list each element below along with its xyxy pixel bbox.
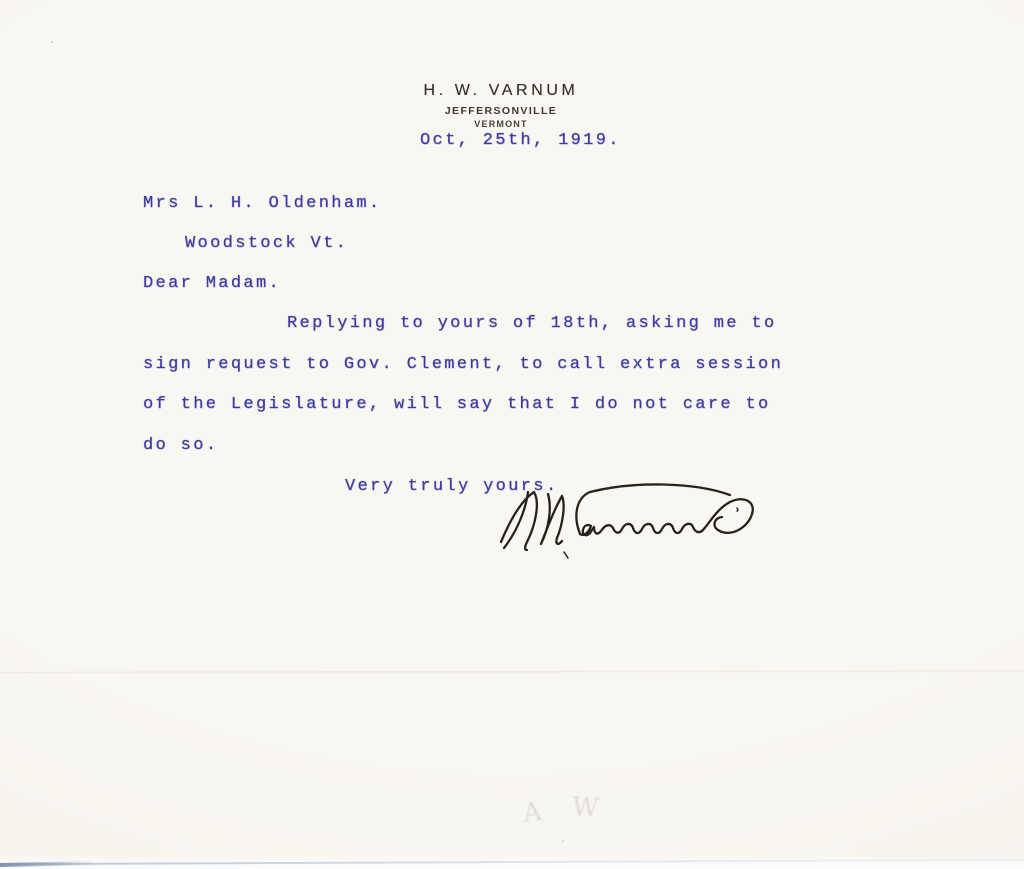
date-line: Oct, 25th, 1919. (420, 131, 621, 151)
body-line: Replying to yours of 18th, asking me to (287, 314, 777, 334)
body-line: do so. (143, 436, 218, 456)
ink-smudge: W (571, 792, 600, 824)
signature-stroke (564, 552, 568, 558)
body-line: of the Legislature, will say that I do n… (143, 395, 771, 415)
signature-stroke (541, 494, 564, 544)
paper-speck (562, 840, 564, 842)
signature-stroke (737, 508, 738, 511)
letterhead-name: H. W. VARNUM (0, 82, 1013, 100)
ink-smudge: A (521, 797, 543, 829)
paper-crease (0, 670, 1024, 675)
letter-page: H. W. VARNUM JEFFERSONVILLE VERMONT Oct,… (0, 0, 1024, 869)
body-line: sign request to Gov. Clement, to call ex… (143, 355, 783, 375)
salutation: Dear Madam. (143, 274, 281, 294)
signature-stroke (580, 524, 703, 535)
recipient-address: Woodstock Vt. (185, 234, 348, 254)
paper-speck (51, 41, 53, 43)
letterhead: H. W. VARNUM JEFFERSONVILLE VERMONT (0, 82, 1013, 129)
recipient-name: Mrs L. H. Oldenham. (143, 194, 381, 214)
signature (494, 480, 784, 564)
letterhead-city: JEFFERSONVILLE (0, 105, 1013, 117)
signature-stroke (703, 499, 753, 533)
letterhead-state: VERMONT (0, 119, 1013, 129)
